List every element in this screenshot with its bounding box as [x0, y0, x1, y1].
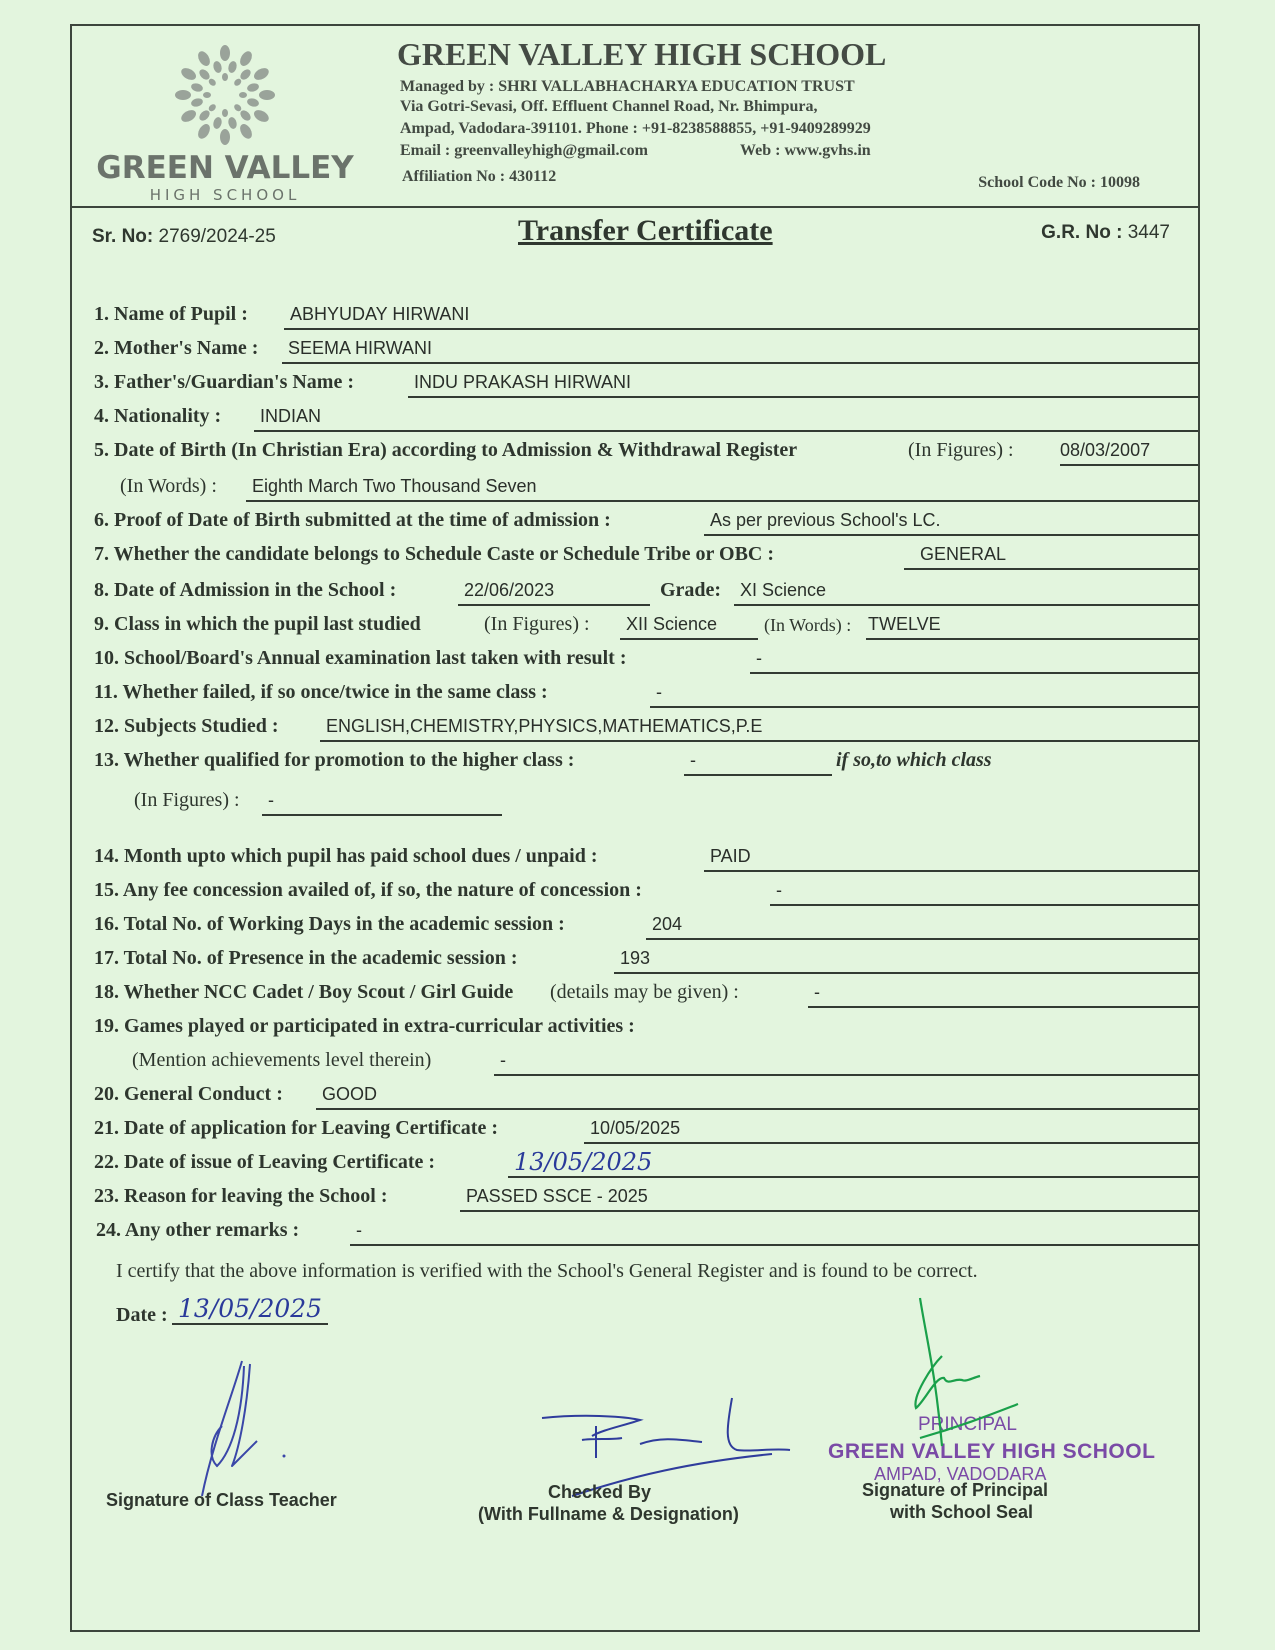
gr-number: G.R. No : 3447	[1041, 222, 1170, 244]
class-teacher-label: Signature of Class Teacher	[106, 1490, 337, 1511]
field-fee-concession: 15. Any fee concession availed of, if so…	[94, 874, 1198, 906]
transfer-certificate: GREEN VALLEY HIGH SCHOOL GREEN VALLEY HI…	[70, 24, 1200, 1632]
field-general-conduct: 20. General Conduct : GOOD	[94, 1078, 1198, 1110]
letterhead: GREEN VALLEY HIGH SCHOOL GREEN VALLEY HI…	[72, 26, 1198, 208]
field-ncc-scout-guide: 18. Whether NCC Cadet / Boy Scout / Girl…	[94, 976, 1198, 1008]
field-father-name: 3. Father's/Guardian's Name : INDU PRAKA…	[94, 366, 1198, 398]
field-last-exam-result: 10. School/Board's Annual examination la…	[94, 642, 1198, 674]
field-whether-failed: 11. Whether failed, if so once/twice in …	[94, 676, 1198, 708]
field-nationality: 4. Nationality : INDIAN	[94, 400, 1198, 432]
field-name-of-pupil: 1. Name of Pupil : ABHYUDAY HIRWANI	[94, 298, 1198, 330]
field-issue-date: 22. Date of issue of Leaving Certificate…	[94, 1146, 1198, 1178]
email: Email : greenvalleyhigh@gmail.com	[400, 142, 648, 160]
field-working-days: 16. Total No. of Working Days in the aca…	[94, 908, 1198, 940]
field-date-of-birth: 5. Date of Birth (In Christian Era) acco…	[94, 434, 1198, 466]
principal-signature-icon	[902, 1296, 1042, 1456]
checked-by-subtitle: (With Fullname & Designation)	[478, 1504, 739, 1525]
flower-logo-icon	[90, 40, 360, 150]
class-teacher-signature-icon	[172, 1356, 312, 1506]
school-code: School Code No : 10098	[978, 174, 1140, 192]
field-caste-category: 7. Whether the candidate belongs to Sche…	[94, 538, 1198, 570]
date-label: Date :	[116, 1304, 168, 1327]
address-line-1: Via Gotri-Sevasi, Off. Effluent Channel …	[400, 98, 818, 116]
field-extra-curricular: 19. Games played or participated in extr…	[94, 1010, 1198, 1042]
certification-statement: I certify that the above information is …	[116, 1260, 978, 1283]
address-line-2: Ampad, Vadodara-391101. Phone : +91-8238…	[400, 120, 871, 138]
field-promotion-qualified: 13. Whether qualified for promotion to t…	[94, 744, 1198, 776]
managed-by: Managed by : SHRI VALLABHACHARYA EDUCATI…	[400, 78, 855, 96]
field-promotion-in-figures: (In Figures) : -	[94, 784, 1198, 816]
principal-signature-label: Signature of Principal	[862, 1480, 1048, 1501]
logo-wordmark: GREEN VALLEY	[90, 150, 360, 186]
principal-seal-label: with School Seal	[890, 1502, 1033, 1523]
field-mother-name: 2. Mother's Name : SEEMA HIRWANI	[94, 332, 1198, 364]
certificate-title: Transfer Certificate	[518, 214, 773, 248]
serial-number: Sr. No: 2769/2024-25	[92, 226, 276, 248]
school-logo: GREEN VALLEY HIGH SCHOOL	[90, 40, 360, 200]
field-last-class-studied: 9. Class in which the pupil last studied…	[94, 608, 1198, 640]
field-achievements: (Mention achievements level therein) -	[94, 1044, 1198, 1076]
field-subjects-studied: 12. Subjects Studied : ENGLISH,CHEMISTRY…	[94, 710, 1198, 742]
field-reason-for-leaving: 23. Reason for leaving the School : PASS…	[94, 1180, 1198, 1212]
field-school-dues: 14. Month upto which pupil has paid scho…	[94, 840, 1198, 872]
field-application-date: 21. Date of application for Leaving Cert…	[94, 1112, 1198, 1144]
website: Web : www.gvhs.in	[740, 142, 871, 160]
checked-by-label: Checked By	[548, 1482, 651, 1503]
certificate-date: 13/05/2025	[172, 1294, 328, 1325]
field-date-of-admission: 8. Date of Admission in the School : 22/…	[94, 574, 1198, 606]
logo-subtitle: HIGH SCHOOL	[90, 186, 360, 204]
field-proof-of-dob: 6. Proof of Date of Birth submitted at t…	[94, 504, 1198, 536]
school-name: GREEN VALLEY HIGH SCHOOL	[397, 36, 886, 73]
field-other-remarks: 24. Any other remarks : -	[94, 1214, 1198, 1246]
field-dob-in-words: (In Words) : Eighth March Two Thousand S…	[94, 470, 1198, 502]
affiliation-number: Affiliation No : 430112	[402, 168, 556, 186]
field-days-present: 17. Total No. of Presence in the academi…	[94, 942, 1198, 974]
